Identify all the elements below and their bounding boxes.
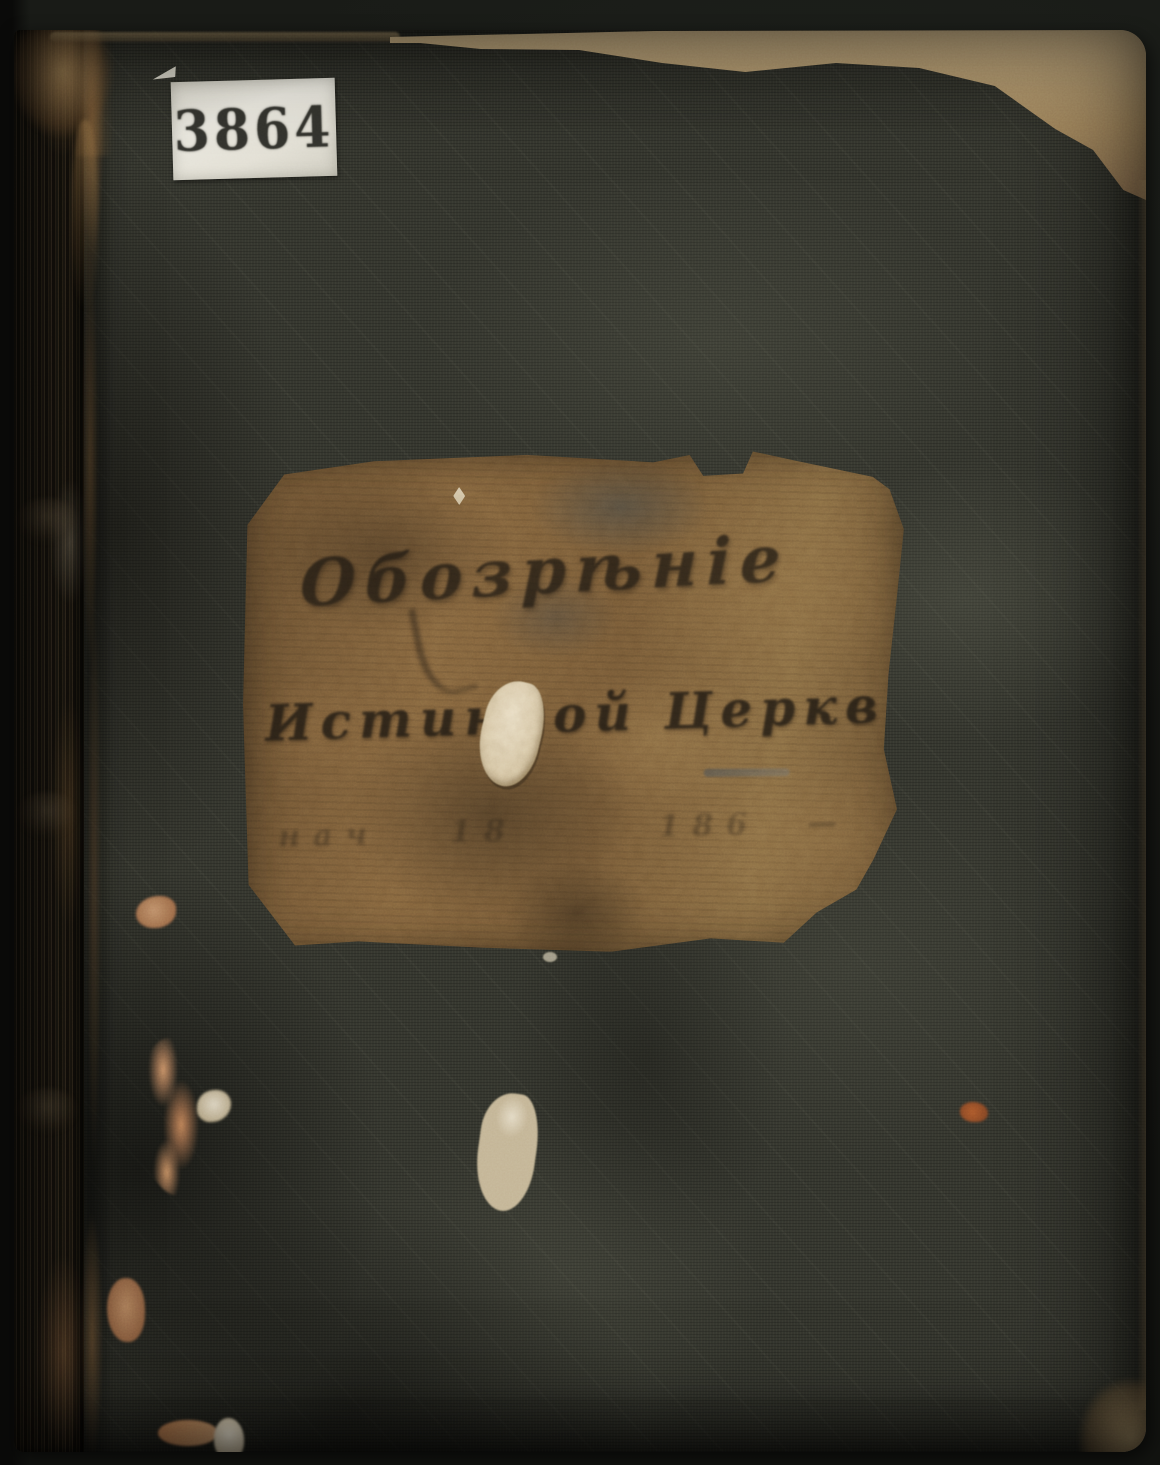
wear-patch [136, 896, 176, 928]
wear-patch [158, 1420, 218, 1446]
catalog-number-label: 3864 [171, 78, 338, 181]
worn-top-edge [390, 30, 1146, 205]
handwritten-title-label: Обозрѣніе Истинной Церкви нач 18 186 — [241, 449, 910, 955]
catalog-number: 3864 [173, 94, 336, 164]
photo-background: 3864 Обозрѣніе Истинной Церкви нач 18 18… [0, 0, 1160, 1465]
spine-raised-band [16, 1088, 78, 1134]
worn-corner-top-left [14, 30, 128, 156]
label-speck [453, 487, 465, 505]
paper-tear [151, 66, 179, 84]
light-speck [543, 952, 557, 962]
wear-streak-top-left [72, 120, 98, 310]
spine-raised-band [16, 792, 78, 838]
wear-patch [107, 1278, 145, 1342]
worn-right-edge [1137, 180, 1146, 1410]
wear-patch [214, 1418, 244, 1452]
pale-blotch [470, 1090, 544, 1215]
spine-raised-band [16, 498, 78, 544]
label-scratch [704, 768, 790, 777]
red-paint-spot [960, 1102, 988, 1122]
title-line-1: Обозрѣніе [300, 521, 791, 622]
wear-patch [197, 1090, 231, 1122]
title-line-2: Истинной Церкви [264, 674, 931, 753]
title-line-3: нач 18 186 — [278, 805, 851, 855]
book-cover: 3864 Обозрѣніе Истинной Церкви нач 18 18… [14, 30, 1146, 1452]
worn-corner-bottom-right [1066, 1360, 1146, 1452]
worn-top-edge-left [50, 32, 400, 42]
